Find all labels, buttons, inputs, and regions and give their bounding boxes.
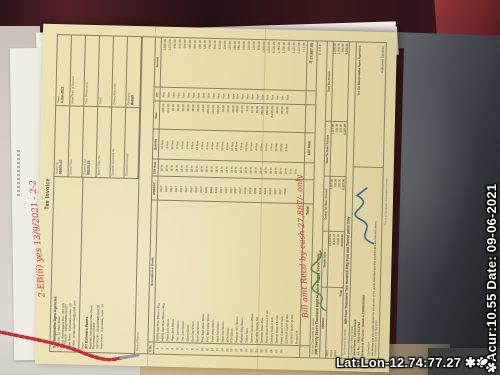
gps-overlay-latlon: Lat:Lon-12.74:77.27 ✱✱ — [336, 355, 487, 371]
authorised-signatory-label: Authorised Signatory — [378, 46, 385, 164]
underlay-paper-print-marks — [17, 150, 20, 196]
tax-words-label: Tax Amount (in words) : — [344, 327, 349, 355]
total-amount: ₹ 27,887.00 — [306, 41, 317, 91]
meta-label: Mode/Terms of Payment — [71, 37, 76, 103]
meta-label: Delivery Note Date — [113, 38, 118, 104]
meta-cell: Dated — [98, 36, 113, 106]
total-quantity: 187 Nos — [304, 133, 314, 163]
meta-cell: Delivery Note Date — [112, 36, 127, 106]
meta-cell: Invoice No. 082/21-22 — [54, 105, 69, 176]
blue-signature-scribble — [350, 183, 384, 246]
meta-cell: Other Reference(s) — [84, 36, 99, 106]
meta-cell: Supplier's Ref. 082/21-22 — [82, 106, 97, 177]
meta-value: Bidadi — [130, 39, 136, 105]
gps-overlay-date: ✱Acur:10.55 Date: 09-06-2021 — [484, 13, 500, 373]
photo-scene: Tax Invoice Sri Manjunatha Agro Agencies… — [0, 0, 500, 375]
meta-cell: Delivery Note — [68, 105, 83, 176]
meta-cell: Destination Bidadi — [126, 37, 141, 107]
signatory-block: for Sri Manjunatha Agro Agencies Authori… — [354, 42, 386, 167]
meta-cell: Buyer's Order No. — [96, 106, 111, 177]
meta-label: Despatched through — [126, 110, 131, 176]
meta-cell: Mode/Terms of Payment — [70, 35, 85, 105]
for-company-label: for Sri Manjunatha Agro Agencies — [355, 45, 362, 163]
meta-value: 082/21-22 — [87, 109, 93, 175]
meta-cell: Despatch Document No. — [110, 106, 125, 177]
meta-value: 082/21-22 — [59, 108, 65, 174]
meta-label: Delivery Note — [70, 108, 75, 174]
satellite-icon — [477, 355, 495, 371]
meta-label: Other Reference(s) — [85, 38, 90, 104]
invoice-meta-grid: Invoice No. 082/21-22 Dated 4-Jun-2021 — [54, 35, 141, 178]
meta-label: Dated — [99, 38, 104, 104]
red-white-string — [0, 312, 196, 372]
meta-value: 4-Jun-2021 — [60, 37, 66, 103]
meta-cell: Dated 4-Jun-2021 — [56, 35, 71, 105]
string-metal-tag — [121, 355, 138, 358]
invoice-header: Sri Manjunatha Agro Agencies Shop No. 12… — [50, 35, 143, 353]
eoe-label: E. & O.E — [319, 44, 326, 55]
meta-cell: Despatched through — [124, 107, 139, 178]
meta-label: Despatch Document No. — [112, 109, 117, 175]
items-table: Sl No. Description of Goods HSN/SAC GST … — [148, 37, 318, 357]
meta-label: Buyer's Order No. — [98, 109, 103, 175]
green-signature-scribble — [308, 242, 336, 313]
